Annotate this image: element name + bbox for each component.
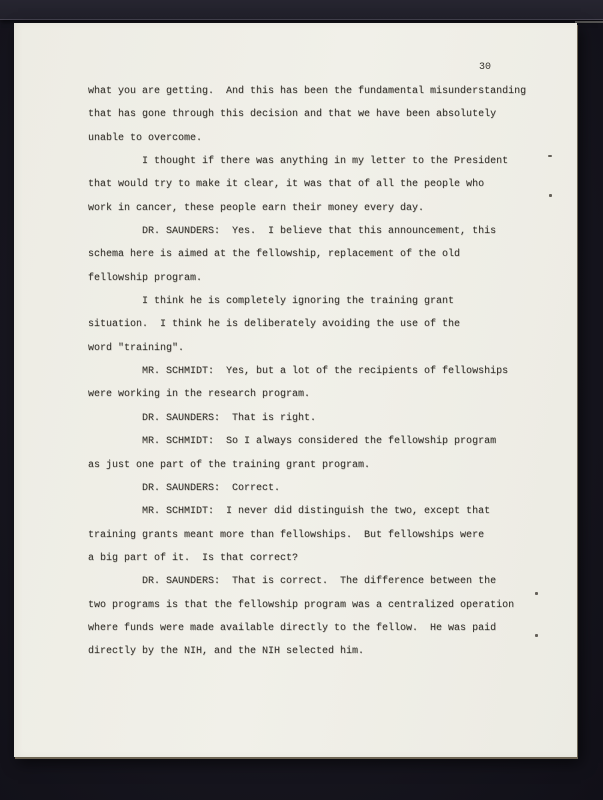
scan-speck xyxy=(548,155,552,157)
sheet-edge-line xyxy=(575,21,603,23)
scan-speck xyxy=(535,592,538,595)
page-number: 30 xyxy=(479,62,491,73)
scan-speck xyxy=(535,634,538,637)
transcript-text: what you are getting. And this has been … xyxy=(88,80,526,664)
backdrop-top-seam xyxy=(0,0,603,20)
scan-speck xyxy=(549,194,552,197)
backdrop: 30 what you are getting. And this has be… xyxy=(0,0,603,800)
document-page: 30 what you are getting. And this has be… xyxy=(14,23,577,757)
